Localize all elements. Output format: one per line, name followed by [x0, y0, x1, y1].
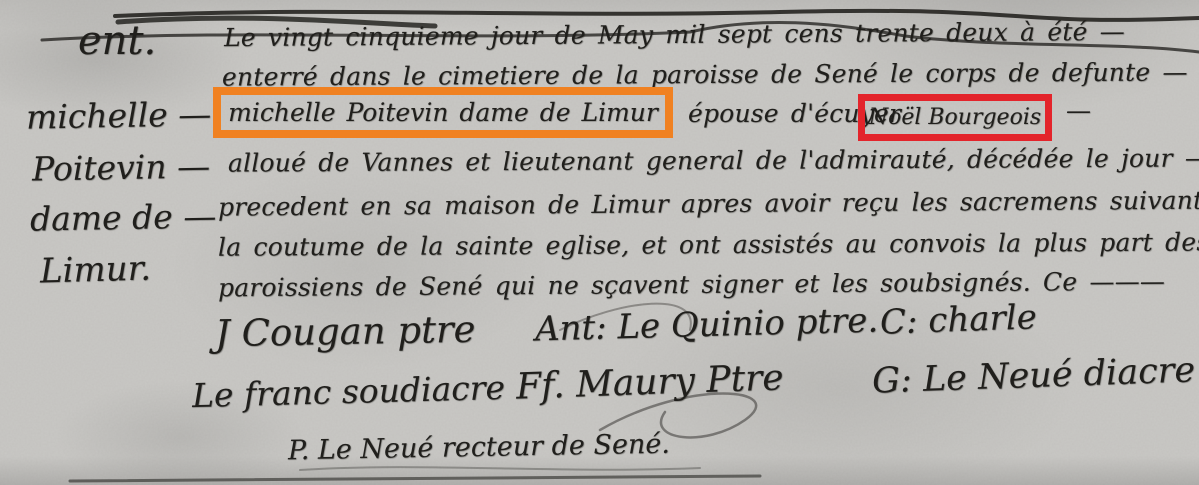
signature-maury: Ff. Maury Ptre	[515, 357, 784, 407]
signature-le-neue-diacre: G: Le Neué diacre	[871, 350, 1195, 401]
body-line-4: alloué de Vannes et lieutenant general d…	[228, 143, 1199, 177]
margin-line: ent.	[78, 18, 156, 64]
signature-le-quinio: Ant: Le Quinio ptre.	[535, 301, 879, 350]
red-annotation-box: Noël Bourgeois	[858, 94, 1052, 141]
signature-cougan: J Cougan ptre	[215, 308, 476, 356]
body-line-1: Le vingt cinquieme jour de May mil sept …	[224, 17, 1125, 52]
orange-annotation-box: michelle Poitevin dame de Limur	[213, 87, 673, 138]
body-line-6: la coutume de la sainte eglise, et ont a…	[218, 227, 1199, 261]
margin-line: michelle —	[26, 94, 212, 136]
margin-line: Poitevin —	[32, 146, 211, 188]
margin-line: dame de —	[30, 196, 217, 238]
signature-charle: C: charle	[879, 297, 1037, 342]
signature-le-franc: Le franc soudiacre	[192, 368, 506, 415]
highlighted-name-deceased: michelle Poitevin dame de Limur	[228, 98, 658, 127]
margin-line: Limur.	[39, 249, 151, 292]
signature-le-neue-recteur: P. Le Neué recteur de Sené.	[288, 429, 670, 467]
parish-register-scan: ent. michelle — Poitevin — dame de — Lim…	[0, 0, 1199, 485]
body-line-5: precedent en sa maison de Limur apres av…	[218, 185, 1199, 221]
highlighted-name-spouse: Noël Bourgeois	[869, 105, 1041, 130]
body-line-3-end-dash: —	[1066, 96, 1091, 125]
